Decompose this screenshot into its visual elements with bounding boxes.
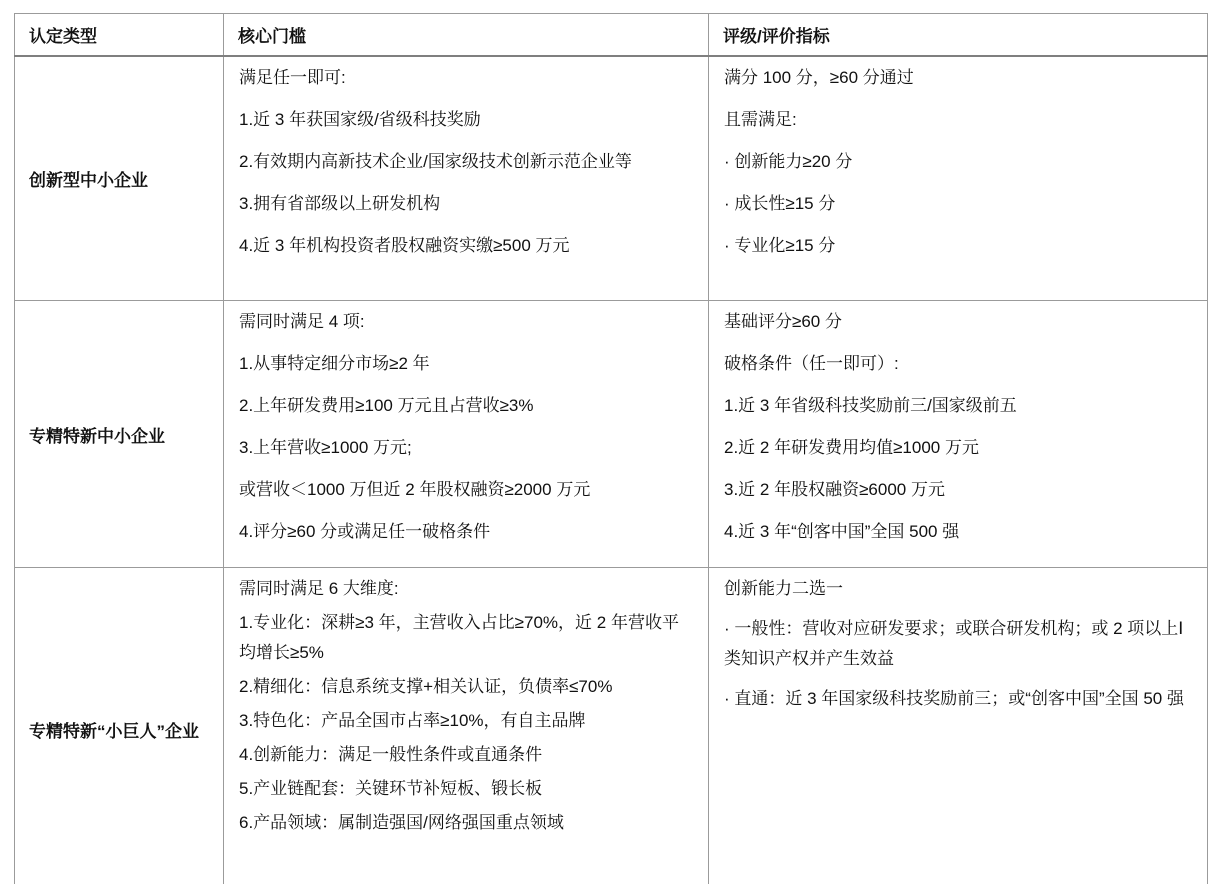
row-type-label: 专精特新“小巨人”企业 — [15, 568, 224, 884]
cell-line: 2.精细化：信息系统支撑+相关认证，负债率≤70% — [239, 672, 693, 702]
column-header-type: 认定类型 — [15, 14, 224, 56]
certification-table: 认定类型 核心门槛 评级/评价指标 创新型中小企业 满足任一即可: 1.近 3 … — [14, 13, 1208, 884]
cell-line: 创新能力二选一 — [724, 574, 1192, 604]
cell-line: · 一般性：营收对应研发要求；或联合研发机构；或 2 项以上Ⅰ类知识产权并产生效… — [724, 614, 1192, 674]
cell-line: · 成长性≥15 分 — [724, 189, 1192, 219]
row-type-label: 专精特新中小企业 — [15, 301, 224, 568]
cell-line: · 创新能力≥20 分 — [724, 147, 1192, 177]
table-row-little-giant: 专精特新“小巨人”企业 需同时满足 6 大维度: 1.专业化：深耕≥3 年，主营… — [15, 568, 1208, 884]
cell-line: 1.从事特定细分市场≥2 年 — [239, 349, 693, 379]
table-row-innovative-sme: 创新型中小企业 满足任一即可: 1.近 3 年获国家级/省级科技奖励 2.有效期… — [15, 56, 1208, 301]
cell-line: 3.上年营收≥1000 万元; — [239, 433, 693, 463]
cell-line: 1.近 3 年获国家级/省级科技奖励 — [239, 105, 693, 135]
cell-line: 5.产业链配套：关键环节补短板、锻长板 — [239, 774, 693, 804]
cell-line: 1.专业化：深耕≥3 年，主营收入占比≥70%，近 2 年营收平均增长≥5% — [239, 608, 693, 668]
cell-line: 2.有效期内高新技术企业/国家级技术创新示范企业等 — [239, 147, 693, 177]
cell-line: 3.近 2 年股权融资≥6000 万元 — [724, 475, 1192, 505]
cell-line: 3.特色化：产品全国市占率≥10%，有自主品牌 — [239, 706, 693, 736]
cell-line: · 专业化≥15 分 — [724, 231, 1192, 261]
cell-line: 2.上年研发费用≥100 万元且占营收≥3% — [239, 391, 693, 421]
column-header-threshold: 核心门槛 — [224, 14, 709, 56]
column-header-rating: 评级/评价指标 — [709, 14, 1208, 56]
row-type-label: 创新型中小企业 — [15, 56, 224, 301]
cell-line: 需同时满足 6 大维度: — [239, 574, 693, 604]
rating-cell: 创新能力二选一 · 一般性：营收对应研发要求；或联合研发机构；或 2 项以上Ⅰ类… — [709, 568, 1208, 884]
document-page: 认定类型 核心门槛 评级/评价指标 创新型中小企业 满足任一即可: 1.近 3 … — [0, 0, 1221, 884]
cell-line: 1.近 3 年省级科技奖励前三/国家级前五 — [724, 391, 1192, 421]
table-header-row: 认定类型 核心门槛 评级/评价指标 — [15, 14, 1208, 56]
threshold-cell: 需同时满足 4 项: 1.从事特定细分市场≥2 年 2.上年研发费用≥100 万… — [224, 301, 709, 568]
cell-line: 基础评分≥60 分 — [724, 307, 1192, 337]
cell-line: 4.近 3 年机构投资者股权融资实缴≥500 万元 — [239, 231, 693, 261]
cell-line: 2.近 2 年研发费用均值≥1000 万元 — [724, 433, 1192, 463]
cell-line: 满足任一即可: — [239, 63, 693, 93]
cell-line: 3.拥有省部级以上研发机构 — [239, 189, 693, 219]
cell-line: 满分 100 分，≥60 分通过 — [724, 63, 1192, 93]
cell-line: 且需满足: — [724, 105, 1192, 135]
cell-line: 需同时满足 4 项: — [239, 307, 693, 337]
threshold-cell: 满足任一即可: 1.近 3 年获国家级/省级科技奖励 2.有效期内高新技术企业/… — [224, 56, 709, 301]
cell-line: 破格条件（任一即可）: — [724, 349, 1192, 379]
cell-line: 4.评分≥60 分或满足任一破格条件 — [239, 517, 693, 547]
cell-line: 4.创新能力：满足一般性条件或直通条件 — [239, 740, 693, 770]
cell-line: 4.近 3 年“创客中国”全国 500 强 — [724, 517, 1192, 547]
cell-line: 或营收＜1000 万但近 2 年股权融资≥2000 万元 — [239, 475, 693, 505]
cell-line: · 直通：近 3 年国家级科技奖励前三；或“创客中国”全国 50 强 — [724, 684, 1192, 714]
threshold-cell: 需同时满足 6 大维度: 1.专业化：深耕≥3 年，主营收入占比≥70%，近 2… — [224, 568, 709, 884]
rating-cell: 满分 100 分，≥60 分通过 且需满足: · 创新能力≥20 分 · 成长性… — [709, 56, 1208, 301]
rating-cell: 基础评分≥60 分 破格条件（任一即可）: 1.近 3 年省级科技奖励前三/国家… — [709, 301, 1208, 568]
table-row-specialized-sme: 专精特新中小企业 需同时满足 4 项: 1.从事特定细分市场≥2 年 2.上年研… — [15, 301, 1208, 568]
cell-line: 6.产品领域：属制造强国/网络强国重点领域 — [239, 808, 693, 838]
